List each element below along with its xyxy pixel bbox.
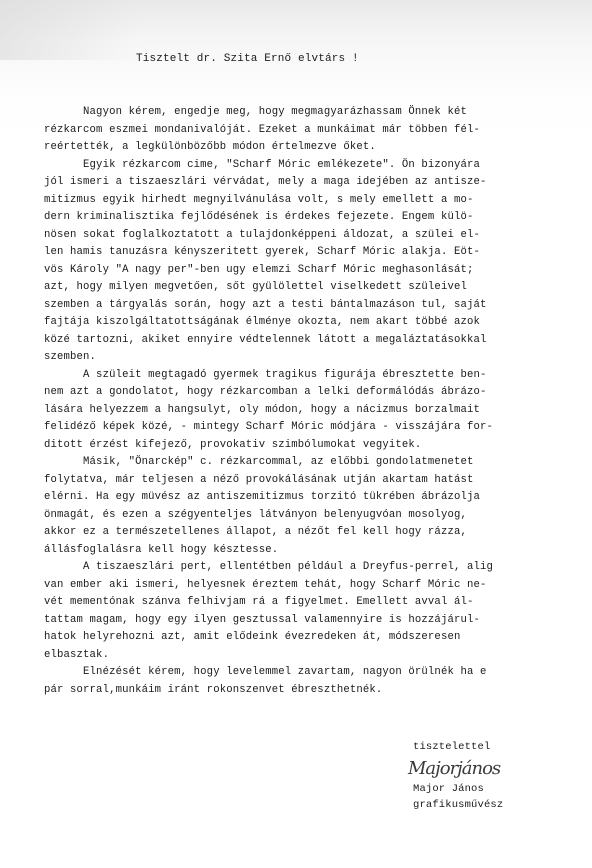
letter-line: Nagyon kérem, engedje meg, hogy megmagya… xyxy=(44,104,493,122)
letter-line: nem azt a gondolatot, hogy rézkarcomban … xyxy=(44,384,493,402)
letter-body: Nagyon kérem, engedje meg, hogy megmagya… xyxy=(44,104,493,699)
letter-line: ditott érzést kifejező, provokativ szimb… xyxy=(44,437,493,455)
letter-line: közé tartozni, akiket ennyire védtelenne… xyxy=(44,332,493,350)
letter-line: azt, hogy milyen megvetően, sőt gyülölet… xyxy=(44,279,493,297)
letter-line: nösen sokat foglalkoztatott a tulajdonké… xyxy=(44,227,493,245)
letter-line: mitizmus egyik hirhedt megnyilvánulása v… xyxy=(44,192,493,210)
letter-line: Elnézését kérem, hogy levelemmel zavarta… xyxy=(44,664,493,682)
letter-line: vös Károly "A nagy per"-ben ugy elemzi S… xyxy=(44,262,493,280)
letter-line: lására helyezzem a hangsulyt, oly módon,… xyxy=(44,402,493,420)
letter-line: tattam magam, hogy egy ilyen gesztussal … xyxy=(44,612,493,630)
letter-page: Tisztelt dr. Szita Ernő elvtárs ! Nagyon… xyxy=(0,0,592,868)
signer-name: Major János xyxy=(413,783,484,795)
letter-line: reértették, a legkülönbözőbb módon értel… xyxy=(44,139,493,157)
letter-line: önmagát, és ezen a szégyenteljes látvány… xyxy=(44,507,493,525)
letter-line: A tiszaeszlári pert, ellentétben például… xyxy=(44,559,493,577)
letter-line: pár sorral,munkáim iránt rokonszenvet éb… xyxy=(44,682,493,700)
letter-line: jól ismeri a tiszaeszlári vérvádat, mely… xyxy=(44,174,493,192)
letter-line: dern kriminalisztika fejlődésének is érd… xyxy=(44,209,493,227)
letter-line: hatok helyrehozni azt, amit elődeink éve… xyxy=(44,629,493,647)
letter-line: elérni. Ha egy müvész az antiszemitizmus… xyxy=(44,489,493,507)
letter-line: Másik, "Önarckép" c. rézkarcommal, az el… xyxy=(44,454,493,472)
letter-line: akkor ez a természetellenes állapot, a n… xyxy=(44,524,493,542)
closing: tisztelettel xyxy=(413,741,490,753)
letter-line: vét mementónak szánva felhivjam rá a fig… xyxy=(44,594,493,612)
letter-line: szemben. xyxy=(44,349,493,367)
letter-line: elbasztak. xyxy=(44,647,493,665)
salutation: Tisztelt dr. Szita Ernő elvtárs ! xyxy=(136,53,359,65)
letter-line: szemben a tárgyalás során, hogy azt a te… xyxy=(44,297,493,315)
letter-line: felidéző képek közé, - mintegy Scharf Mó… xyxy=(44,419,493,437)
letter-line: rézkarcom eszmei mondanivalóját. Ezeket … xyxy=(44,122,493,140)
handwritten-signature: Majorjános xyxy=(408,758,500,779)
letter-line: A szüleit megtagadó gyermek tragikus fig… xyxy=(44,367,493,385)
letter-line: folytatva, már teljesen a néző provokálá… xyxy=(44,472,493,490)
letter-line: Egyik rézkarcom cime, "Scharf Móric emlé… xyxy=(44,157,493,175)
letter-line: van ember aki ismeri, helyesnek éreztem … xyxy=(44,577,493,595)
letter-line: fajtája kiszolgáltatottságának élménye o… xyxy=(44,314,493,332)
signer-title: grafikusművész xyxy=(413,799,503,811)
letter-line: állásfoglalásra kell hogy késztesse. xyxy=(44,542,493,560)
letter-line: len hamis tanuzásra kényszeritett gyerek… xyxy=(44,244,493,262)
